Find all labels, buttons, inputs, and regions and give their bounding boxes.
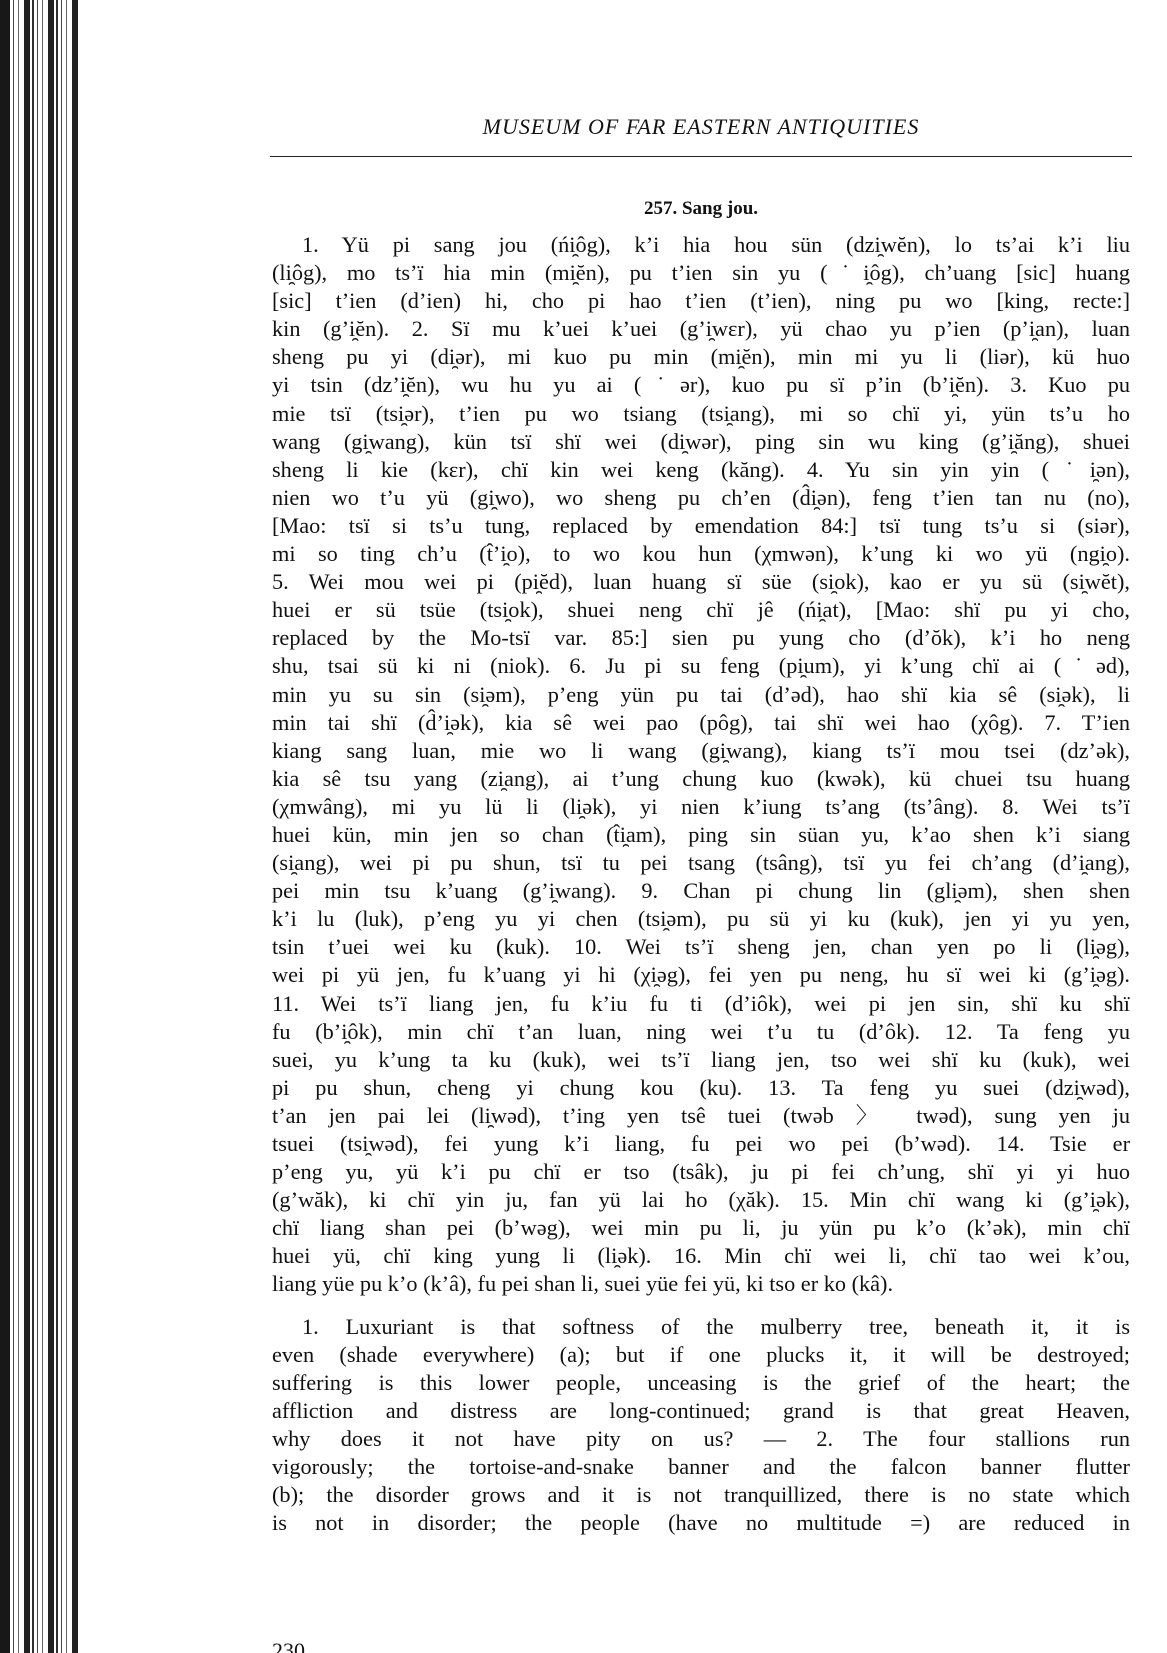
- text-line: [sic] t’ien (d’ien) hi, cho pi hao t’ien…: [272, 287, 1130, 315]
- text-line: huei kün, min jen so chan (t̂i̯am), ping…: [272, 821, 1130, 849]
- romanized-text-paragraph: 1. Yü pi sang jou (ńi̯ôg), k’i hia hou s…: [272, 231, 1130, 1299]
- text-line: liang yüe pu k’o (k’â), fu pei shan li, …: [272, 1270, 1130, 1298]
- text-line: pei min tsu k’uang (g’i̯wang). 9. Chan p…: [272, 877, 1130, 905]
- text-line: 1. Yü pi sang jou (ńi̯ôg), k’i hia hou s…: [272, 231, 1130, 259]
- text-line: (si̯ang), wei pi pu shun, tsï tu pei tsa…: [272, 849, 1130, 877]
- text-line: shu, tsai sü ki ni (niok). 6. Ju pi su f…: [272, 652, 1130, 680]
- text-line: fu (b’i̯ôk), min chï t’an luan, ning wei…: [272, 1018, 1130, 1046]
- text-line: [Mao: tsï si ts’u tung, replaced by emen…: [272, 512, 1130, 540]
- header-rule: [270, 156, 1132, 157]
- text-line: vigorously; the tortoise-and-snake banne…: [272, 1453, 1130, 1481]
- book-page: MUSEUM OF FAR EASTERN ANTIQUITIES 257. S…: [272, 112, 1130, 1537]
- text-line: min tai shï (d̂’i̯ək), kia sê wei pao (p…: [272, 709, 1130, 737]
- translation-paragraph: 1. Luxuriant is that softness of the mul…: [272, 1313, 1130, 1538]
- text-line: (g’wăk), ki chï yin ju, fan yü lai ho (χ…: [272, 1186, 1130, 1214]
- text-line: min yu su sin (si̯əm), p’eng yün pu tai …: [272, 681, 1130, 709]
- text-line: wang (gi̯wang), kün tsï shï wei (di̯wər)…: [272, 428, 1130, 456]
- text-line: kin (g’i̯ĕn). 2. Sï mu k’uei k’uei (g’i̯…: [272, 315, 1130, 343]
- text-line: wei pi yü jen, fu k’uang yi hi (χi̯əg), …: [272, 961, 1130, 989]
- text-line: affliction and distress are long-continu…: [272, 1397, 1130, 1425]
- text-line: replaced by the Mo-tsï var. 85:] sien pu…: [272, 624, 1130, 652]
- text-line: t’an jen pai lei (li̯wəd), t’ing yen tsê…: [272, 1102, 1130, 1130]
- text-line: k’i lu (luk), p’eng yu yi chen (tsi̯əm),…: [272, 905, 1130, 933]
- text-line: p’eng yu, yü k’i pu chï er tso (tsâk), j…: [272, 1158, 1130, 1186]
- text-line: pi pu shun, cheng yi chung kou (ku). 13.…: [272, 1074, 1130, 1102]
- text-line: kiang sang luan, mie wo li wang (gi̯wang…: [272, 737, 1130, 765]
- running-head: MUSEUM OF FAR EASTERN ANTIQUITIES: [272, 112, 1130, 142]
- text-line: mie tsï (tsi̯ər), t’ien pu wo tsiang (ts…: [272, 400, 1130, 428]
- text-line: suei, yu k’ung ta ku (kuk), wei ts’ï lia…: [272, 1046, 1130, 1074]
- text-line: kia sê tsu yang (zi̯ang), ai t’ung chung…: [272, 765, 1130, 793]
- text-line: why does it not have pity on us? — 2. Th…: [272, 1425, 1130, 1453]
- text-line: 11. Wei ts’ï liang jen, fu k’iu fu ti (d…: [272, 990, 1130, 1018]
- text-line: mi so ting ch’u (t̂’i̯o), to wo kou hun …: [272, 540, 1130, 568]
- text-line: 5. Wei mou wei pi (pi̯ĕd), luan huang sï…: [272, 568, 1130, 596]
- text-line: is not in disorder; the people (have no …: [272, 1509, 1130, 1537]
- text-line: (χmwâng), mi yu lü li (li̯ək), yi nien k…: [272, 793, 1130, 821]
- section-title: 257. Sang jou.: [272, 197, 1130, 221]
- text-line: (li̯ôg), mo ts’ï hia min (mi̯ĕn), pu t’i…: [272, 259, 1130, 287]
- book-binding-edge: [0, 0, 78, 1653]
- text-line: (b); the disorder grows and it is not tr…: [272, 1481, 1130, 1509]
- text-line: even (shade everywhere) (a); but if one …: [272, 1341, 1130, 1369]
- text-line: sheng pu yi (di̯ər), mi kuo pu min (mi̯ĕ…: [272, 343, 1130, 371]
- text-line: huei er sü tsüe (tsi̯ok), shuei neng chï…: [272, 596, 1130, 624]
- text-line: huei yü, chï king yung li (li̯ək). 16. M…: [272, 1242, 1130, 1270]
- text-line: sheng li kie (kɛr), chï kin wei keng (kă…: [272, 456, 1130, 484]
- text-line: yi tsin (dz’i̯ĕn), wu hu yu ai (˙ər), ku…: [272, 371, 1130, 399]
- text-line: chï liang shan pei (b’wəg), wei min pu l…: [272, 1214, 1130, 1242]
- page-number: 230: [272, 1640, 305, 1653]
- text-line: nien wo t’u yü (gi̯wo), wo sheng pu ch’e…: [272, 484, 1130, 512]
- text-line: 1. Luxuriant is that softness of the mul…: [272, 1313, 1130, 1341]
- text-line: tsin t’uei wei ku (kuk). 10. Wei ts’ï sh…: [272, 933, 1130, 961]
- text-line: suffering is this lower people, unceasin…: [272, 1369, 1130, 1397]
- text-line: tsuei (tsi̯wəd), fei yung k’i liang, fu …: [272, 1130, 1130, 1158]
